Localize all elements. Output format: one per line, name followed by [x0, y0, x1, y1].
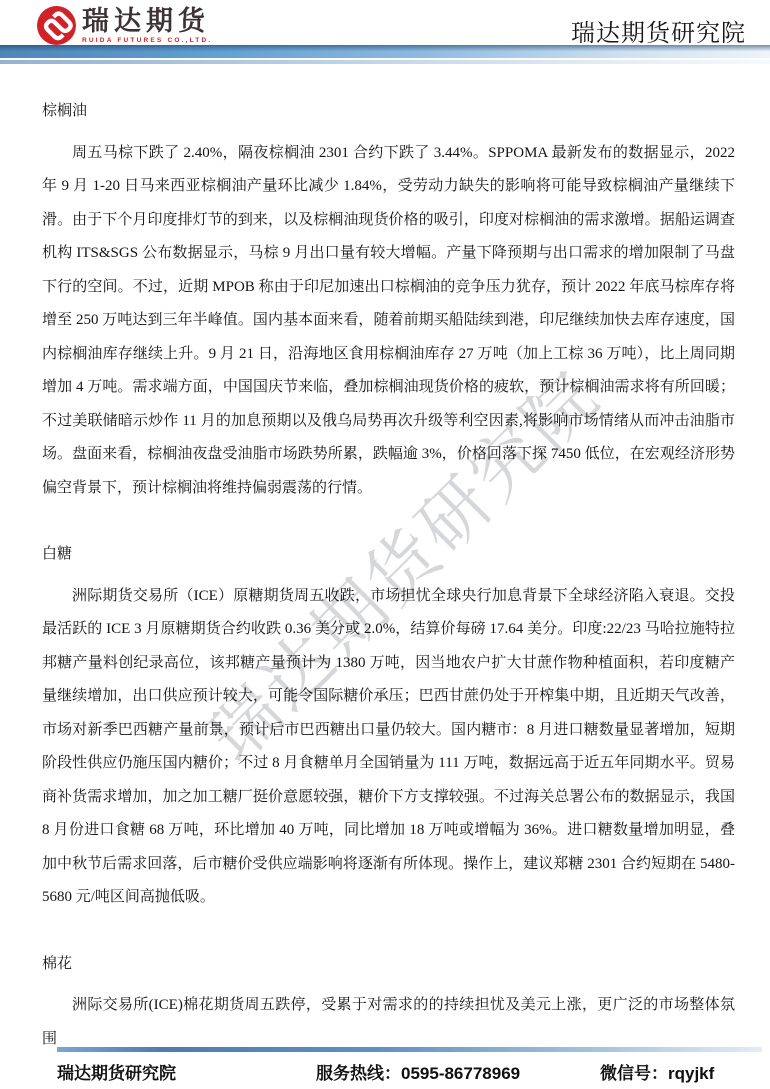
section-heading-cotton: 棉花 [42, 948, 735, 982]
section-paragraph: 洲际交易所(ICE)棉花期货周五跌停，受累于对需求的的持续担忧及美元上涨，更广泛… [42, 989, 735, 1056]
footer-hotline-number: 0595-86778969 [401, 1064, 520, 1083]
footer-wechat: 微信号：rqyjkf [600, 1059, 714, 1084]
footer-divider-bar [57, 1047, 762, 1052]
section-white-sugar: 白糖 洲际期货交易所（ICE）原糖期货周五收跌，市场担忧全球央行加息背景下全球经… [42, 538, 735, 915]
page-header: 瑞达期货 RUIDA FUTURES CO.,LTD. 瑞达期货研究院 [0, 0, 770, 45]
section-heading-white-sugar: 白糖 [42, 538, 735, 572]
ruida-logo: 瑞达期货 RUIDA FUTURES CO.,LTD. [36, 5, 212, 46]
footer-wechat-id: rqyjkf [668, 1064, 714, 1083]
section-paragraph: 周五马棕下跌了 2.40%，隔夜棕榈油 2301 合约下跌了 3.44%。SPP… [42, 137, 735, 506]
page-footer: 瑞达期货研究院 服务热线：0595-86778969 微信号：rqyjkf [0, 1059, 770, 1085]
footer-hotline: 服务热线：0595-86778969 [316, 1059, 520, 1084]
footer-wechat-label: 微信号： [600, 1064, 668, 1083]
section-heading-palm-oil: 棕榈油 [42, 95, 735, 129]
section-cotton: 棉花 洲际交易所(ICE)棉花期货周五跌停，受累于对需求的的持续担忧及美元上涨，… [42, 948, 735, 1057]
header-divider-band-light [0, 60, 770, 64]
ruida-logo-icon [36, 5, 77, 46]
report-body: 棕榈油 周五马棕下跌了 2.40%，隔夜棕榈油 2301 合约下跌了 3.44%… [42, 95, 735, 1056]
logo-company-subtitle: RUIDA FUTURES CO.,LTD. [82, 37, 212, 44]
report-page: 瑞达期货 RUIDA FUTURES CO.,LTD. 瑞达期货研究院 瑞达期货… [0, 0, 770, 1089]
footer-hotline-label: 服务热线： [316, 1064, 401, 1083]
header-institute-title: 瑞达期货研究院 [571, 13, 746, 48]
section-palm-oil: 棕榈油 周五马棕下跌了 2.40%，隔夜棕榈油 2301 合约下跌了 3.44%… [42, 95, 735, 505]
logo-text-block: 瑞达期货 RUIDA FUTURES CO.,LTD. [82, 5, 212, 44]
footer-institute: 瑞达期货研究院 [57, 1059, 176, 1084]
header-divider-bar [0, 45, 770, 64]
header-divider-band-dark [0, 45, 770, 58]
logo-company-name: 瑞达期货 [82, 8, 212, 35]
section-paragraph: 洲际期货交易所（ICE）原糖期货周五收跌，市场担忧全球央行加息背景下全球经济陷入… [42, 580, 735, 915]
